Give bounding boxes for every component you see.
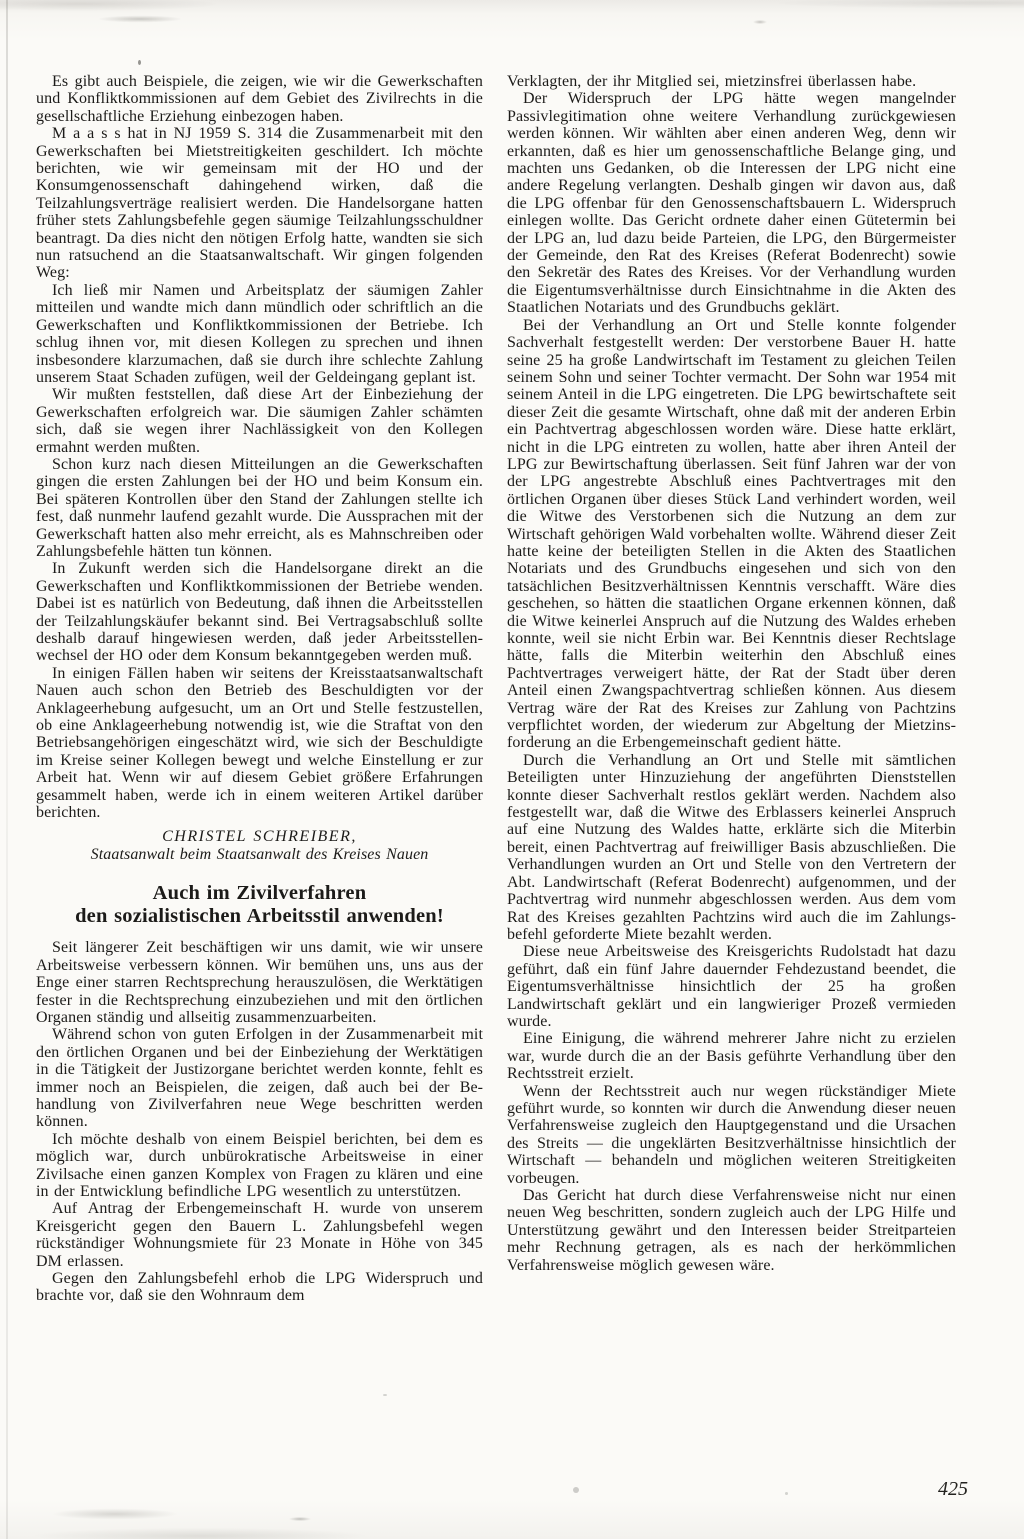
paragraph: Gegen den Zahlungsbefehl erhob die LPG W… xyxy=(36,1270,483,1305)
paragraph: Während schon von guten Erfolgen in der … xyxy=(36,1026,483,1130)
paragraph: Auf Antrag der Erbengemeinschaft H. wurd… xyxy=(36,1200,483,1270)
paragraph: Diese neue Arbeitsweise des Kreisgericht… xyxy=(507,943,956,1030)
author-name: CHRISTEL SCHREIBER, xyxy=(36,828,483,845)
paragraph: Das Gericht hat durch diese Verfahrenswe… xyxy=(507,1187,956,1274)
scan-speck xyxy=(573,1487,579,1493)
section-heading: Auch im Zivilverfahren den sozialistisch… xyxy=(36,882,483,928)
page-number: 425 xyxy=(920,1478,968,1501)
paragraph: Es gibt auch Beispiele, die zeigen, wie … xyxy=(36,73,483,125)
right-text-column: Verklagten, der ihr Mitglied sei, mietzi… xyxy=(507,73,956,1274)
left-text-column: Es gibt auch Beispiele, die zeigen, wie … xyxy=(36,73,483,1305)
paragraph: Durch die Verhandlung an Ort und Stelle … xyxy=(507,752,956,943)
paragraph: Der Widerspruch der LPG hätte wegen mang… xyxy=(507,90,956,316)
paragraph: Wenn der Rechtsstreit auch nur wegen rüc… xyxy=(507,1083,956,1187)
paragraph: In einigen Fällen haben wir seitens der … xyxy=(36,665,483,822)
paragraph: Verklagten, der ihr Mitglied sei, mietzi… xyxy=(507,73,956,90)
paragraph: Eine Einigung, die während mehrerer Jahr… xyxy=(507,1030,956,1082)
paragraph: Ich möchte deshalb von einem Beispiel be… xyxy=(36,1131,483,1201)
paragraph: Schon kurz nach diesen Mitteilungen an d… xyxy=(36,456,483,560)
scan-artifact-top xyxy=(0,0,1024,26)
scan-speck xyxy=(138,60,141,65)
paragraph: In Zukunft werden sich die Handelsorgane… xyxy=(36,560,483,664)
scanned-journal-page: Es gibt auch Beispiele, die zeigen, wie … xyxy=(0,0,1024,1539)
paragraph: M a a s s hat in NJ 1959 S. 314 die Zusa… xyxy=(36,125,483,282)
scan-speck xyxy=(785,1492,788,1495)
paragraph: Wir mußten feststellen, daß diese Art de… xyxy=(36,386,483,456)
author-role: Staatsanwalt beim Staatsanwalt des Kreis… xyxy=(36,846,483,863)
scan-artifact-bottom xyxy=(0,1496,1024,1539)
paragraph: Ich ließ mir Namen und Arbeitsplatz der … xyxy=(36,282,483,386)
paragraph: Bei der Verhandlung an Ort und Stelle ko… xyxy=(507,317,956,752)
scan-speck xyxy=(383,1394,387,1396)
paragraph: Seit längerer Zeit beschäftigen wir uns … xyxy=(36,939,483,1026)
